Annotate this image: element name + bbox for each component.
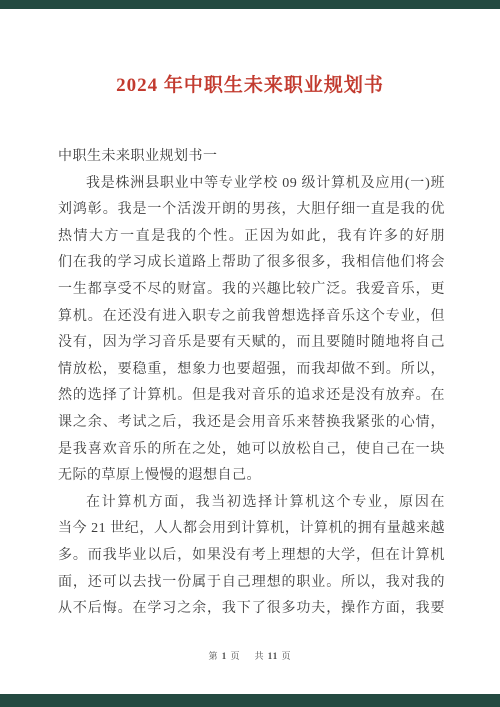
footer-total-indicator: 共 11 页 bbox=[254, 651, 291, 661]
text-line: 课之余、考试之后，我还是会用音乐来替换我紧张的心情，这正 bbox=[58, 410, 445, 437]
footer-total-suffix: 页 bbox=[282, 651, 292, 661]
text-line: 情放松，要稳重，想象力也要超强，而我却做不到。所以，我毅 bbox=[58, 357, 445, 384]
footer-page-indicator: 第 1 页 bbox=[208, 651, 240, 661]
text-line: 面，还可以去找一份属于自己理想的职业。所以，我对我的选择 bbox=[58, 570, 445, 597]
text-line: 从不后悔。在学习之余，我下了很多功夫，操作方面，我要把一 bbox=[58, 596, 445, 623]
footer-total-number: 11 bbox=[268, 651, 279, 661]
text-line: 热情大方一直是我的个性。正因为如此，我有许多的好朋友，他 bbox=[58, 224, 445, 251]
text-line: 我是株洲县职业中等专业学校 09 级计算机及应用(一)班的 bbox=[58, 171, 445, 198]
text-line: 当今 21 世纪，人人都会用到计算机，计算机的拥有量越来越 bbox=[58, 516, 445, 543]
text-line: 算机。在还没有进入职专之前我曾想选择音乐这个专业，但是我 bbox=[58, 304, 445, 331]
text-line: 刘鸿彰。我是一个活泼开朗的男孩，大胆仔细一直是我的优点， bbox=[58, 197, 445, 224]
footer-total-prefix: 共 bbox=[254, 651, 264, 661]
footer-page-prefix: 第 bbox=[208, 651, 218, 661]
text-line: 无际的草原上慢慢的遐想自己。 bbox=[58, 463, 445, 490]
text-line: 中职生未来职业规划书一 bbox=[58, 144, 445, 171]
top-chrome-bar bbox=[0, 0, 500, 9]
text-line: 是我喜欢音乐的所在之处，她可以放松自己，使自己在一块一望 bbox=[58, 437, 445, 464]
page-footer: 第 1 页共 11 页 bbox=[0, 650, 500, 663]
footer-page-number: 1 bbox=[222, 651, 228, 661]
text-line: 一生都享受不尽的财富。我的兴趣比较广泛。我爱音乐，更爱计 bbox=[58, 277, 445, 304]
text-line: 然的选择了计算机。但是我对音乐的追求还是没有放弃。在我下 bbox=[58, 383, 445, 410]
document-body: 中职生未来职业规划书一我是株洲县职业中等专业学校 09 级计算机及应用(一)班的… bbox=[58, 144, 445, 623]
text-line: 在计算机方面，我当初选择计算机这个专业，原因在于：在 bbox=[58, 490, 445, 517]
document-title: 2024 年中职生未来职业规划书 bbox=[0, 74, 500, 98]
bottom-chrome-bar bbox=[0, 694, 500, 707]
text-line: 多。而我毕业以后，如果没有考上理想的大学，但在计算机方 bbox=[58, 543, 445, 570]
text-line: 没有，因为学习音乐是要有天赋的，而且要随时随地将自己的心 bbox=[58, 330, 445, 357]
document-page: 2024 年中职生未来职业规划书 中职生未来职业规划书一我是株洲县职业中等专业学… bbox=[0, 0, 500, 707]
footer-page-suffix: 页 bbox=[230, 651, 240, 661]
text-line: 们在我的学习成长道路上帮助了很多很多，我相信他们将会是我 bbox=[58, 250, 445, 277]
